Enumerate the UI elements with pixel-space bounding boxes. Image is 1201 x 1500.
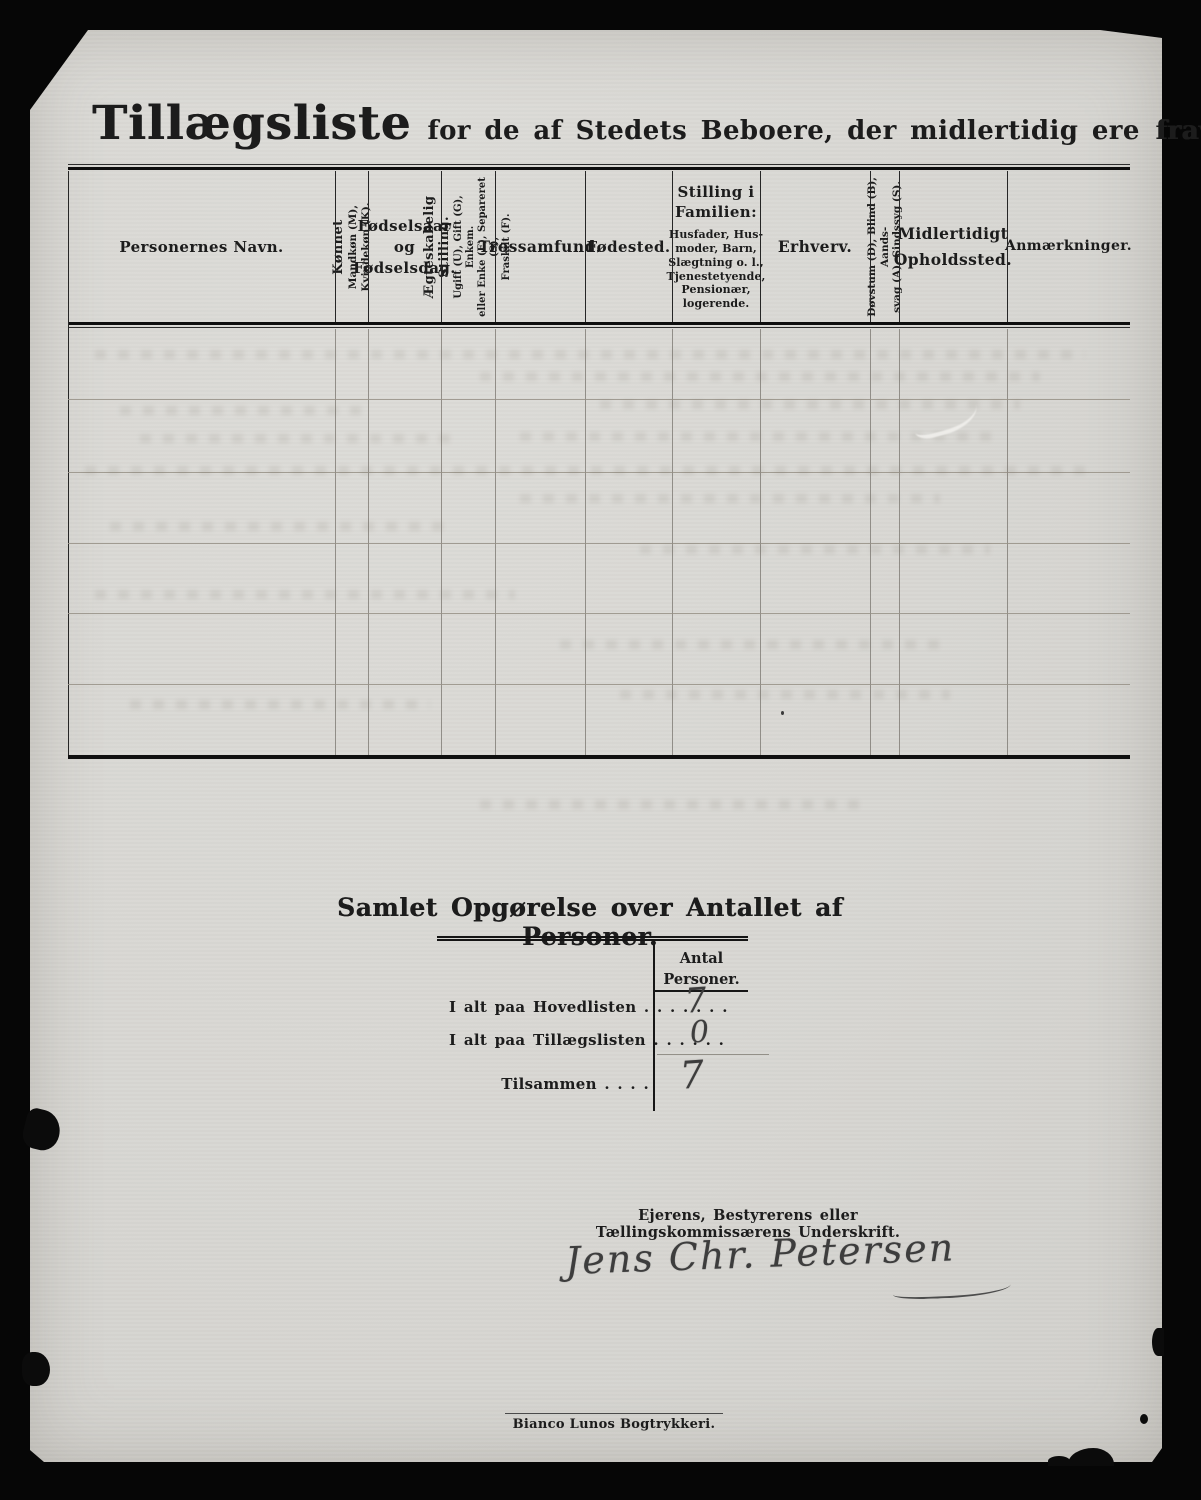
column-header-sex: Kønnet Mandkøn (M), Kvindekøn (K). xyxy=(335,172,368,322)
summary-value-tillaegslisten: 0 xyxy=(689,1017,710,1048)
absence-table: Personernes Navn. Kønnet Mandkøn (M), Kv… xyxy=(68,164,1130,760)
grid-line xyxy=(495,329,496,755)
bleed-through xyxy=(520,494,940,503)
grid-line xyxy=(899,171,900,322)
bleed-through xyxy=(480,800,860,809)
grid-line xyxy=(368,329,369,755)
scan-blob xyxy=(1048,1456,1070,1466)
table-bottom-rule xyxy=(68,755,1130,759)
column-header-remarks: Anmærkninger. xyxy=(1007,172,1130,322)
summary-subtotal-rule xyxy=(657,1054,769,1055)
bleed-through xyxy=(85,466,1085,475)
grid-line xyxy=(368,171,369,322)
bleed-through xyxy=(480,372,1040,381)
bleed-through xyxy=(640,545,990,554)
column-header-temporary-residence: Midlertidigt Opholdssted. xyxy=(899,172,1007,322)
page-title: Tillægsliste for de af Stedets Beboere, … xyxy=(92,96,1122,151)
grid-line xyxy=(672,171,673,322)
grid-line xyxy=(760,171,761,322)
scan-blob xyxy=(22,1352,50,1386)
grid-line xyxy=(1007,329,1008,755)
bleed-through xyxy=(140,434,450,443)
grid-line xyxy=(68,171,69,755)
column-header-disabilities: Døvstum (D), Blind (B), Aands- svag (A),… xyxy=(870,172,899,322)
column-header-occupation: Erhverv. xyxy=(760,172,870,322)
grid-line xyxy=(1007,171,1008,322)
header-bottom-rule-thick xyxy=(68,322,1130,325)
bleed-through xyxy=(620,690,950,699)
printer-imprint: Bianco Lunos Bogtrykkeri. xyxy=(505,1417,723,1432)
grid-line xyxy=(68,613,1130,614)
page-title-main: Tillægsliste xyxy=(92,96,411,151)
bleed-through xyxy=(95,350,1085,359)
grid-line xyxy=(495,171,496,322)
summary-value-tilsammen: 7 xyxy=(679,1055,706,1095)
bleed-through xyxy=(110,522,450,531)
grid-line xyxy=(585,171,586,322)
scan-blob xyxy=(1152,1328,1164,1356)
summary-value-hovedlisten: 7 xyxy=(684,983,708,1018)
summary-top-rule xyxy=(437,936,748,941)
summary-row-label-tillaegslisten: I alt paa Tillægslisten . . . . . . xyxy=(449,1031,724,1049)
bleed-through xyxy=(95,590,515,599)
header-bottom-rule-thin xyxy=(68,327,1130,328)
ink-speck xyxy=(781,711,784,715)
column-header-marital-status: Ægteskabelig Stilling. Ugift (U), Gift (… xyxy=(441,172,495,322)
page-title-rest: for de af Stedets Beboere, der midlertid… xyxy=(427,116,1139,146)
scanned-census-form: Tillægsliste for de af Stedets Beboere, … xyxy=(0,0,1201,1500)
bleed-through xyxy=(120,406,370,415)
grid-line xyxy=(585,329,586,755)
table-header-row: Personernes Navn. Kønnet Mandkøn (M), Kv… xyxy=(68,172,1130,322)
page-title-emphasis: fraværende. xyxy=(1156,116,1201,146)
table-top-rule-thick xyxy=(68,167,1130,170)
summary-table: Antal Personer. I alt paa Hovedlisten . … xyxy=(437,936,748,1112)
imprint-rule xyxy=(505,1413,723,1414)
grid-line xyxy=(441,171,442,322)
bleed-through xyxy=(560,640,940,649)
table-top-rule-thin xyxy=(68,164,1130,165)
grid-line xyxy=(68,684,1130,685)
grid-line xyxy=(68,543,1130,544)
column-header-name: Personernes Navn. xyxy=(68,172,335,322)
grid-line xyxy=(335,329,336,755)
bleed-through xyxy=(130,700,430,709)
grid-line xyxy=(335,171,336,322)
column-header-birthplace: Fødested. xyxy=(585,172,672,322)
summary-row-label-tilsammen: Tilsammen . . . . xyxy=(437,1075,649,1093)
grid-line xyxy=(870,171,871,322)
scan-blob xyxy=(1140,1414,1148,1424)
grid-line xyxy=(441,329,442,755)
column-header-family-position: Stilling i Familien: Husfader, Hus- mode… xyxy=(672,172,760,322)
